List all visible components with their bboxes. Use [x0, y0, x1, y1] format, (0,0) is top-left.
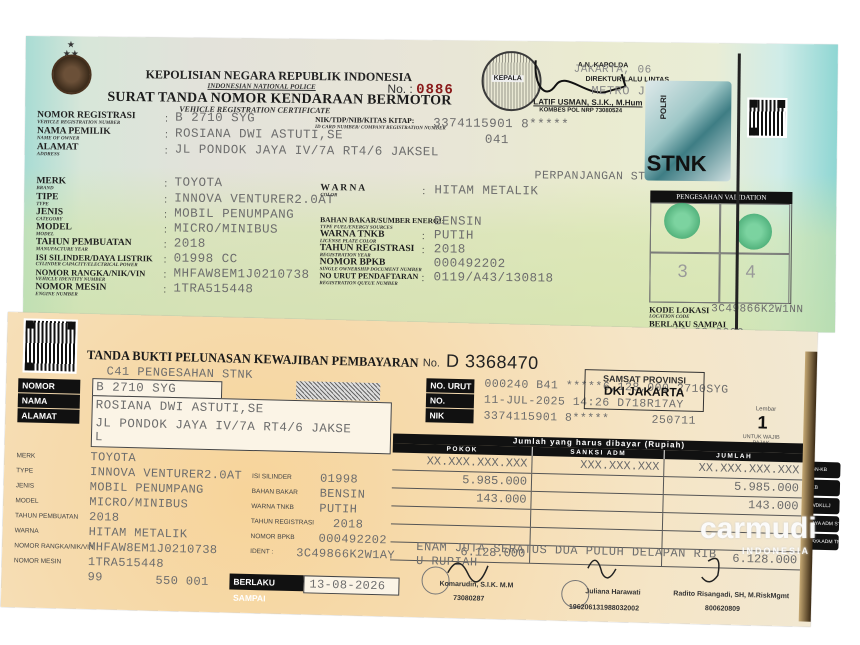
payment-receipt-card: TANDA BUKTI PELUNASAN KEWAJIBAN PEMBAYAR… [1, 312, 818, 627]
label-ident: IDENT : [250, 548, 273, 556]
label-berlaku-sampai: BERLAKU SAMPAI [229, 573, 303, 591]
value-jenis: MOBIL PENUMPANG [90, 480, 204, 497]
validation-number: 4 [745, 262, 755, 283]
validation-number: 3 [677, 261, 687, 282]
lembar-number: 1 [757, 412, 768, 433]
label-nomor-bpkb: NOMOR BPKB [251, 533, 295, 541]
value-nik-extra: 041 [485, 133, 509, 147]
qr-code-icon [23, 318, 78, 373]
signature-name-2: Juliana Harawati [585, 588, 640, 596]
value-no-urut-pendaftaran: 0119/A43/130818 [433, 270, 553, 285]
label-nomor-mesin: NOMOR MESINENGINE NUMBER [35, 282, 106, 299]
perpanjangan-text: PERPANJANGAN STNK [534, 169, 660, 183]
signature-id-3: 800620809 [705, 605, 740, 613]
doc-number: No. : 0886 [387, 82, 453, 99]
value-warna-tnkb: PUTIH [319, 502, 357, 517]
value-merk: TOYOTA [174, 176, 222, 191]
police-emblem-icon [51, 54, 91, 94]
value-isi-silinder: 01998 CC [174, 252, 238, 267]
value-alamat-2: L [95, 430, 103, 444]
value-tahun-registrasi: 2018 [434, 242, 466, 256]
label-alamat: ALAMAT [17, 408, 79, 424]
signer-rank: KOMBES POL NRP 73080524 [539, 107, 622, 114]
value-warna-tnkb: PUTIH [434, 228, 474, 242]
label-no-urut-pendaftaran: NO URUT PENDAFTARANREGISTRATION QUEUE NU… [319, 271, 418, 288]
value-kode-lokasi: 3C49866K2W1NN [711, 303, 803, 316]
label-jenis: JENIS [16, 482, 35, 489]
label-tipe: TIPETYPE [36, 192, 58, 208]
label-nomor-rangka: NOMOR RANGKA/NIK/VIN [14, 542, 94, 551]
samsat-box: SAMSAT PROVINSI DKI JAKARTA [584, 369, 705, 412]
signer-place-date: JAKARTA, 06 [574, 64, 652, 77]
label-tahun-pembuatan: TAHUN PEMBUATAN [15, 512, 78, 521]
label-bahan-bakar: BAHAN BAKAR [252, 488, 298, 496]
barcode-icon [296, 381, 380, 401]
value-tahun-pembuatan: 2018 [174, 237, 206, 251]
label-nik: NIK/TDP/NIB/KITAS KITAP:ID CARD NUMBER/ … [315, 115, 446, 132]
qr-code-icon [747, 98, 787, 138]
value-nomor-mesin: 1TRA515448 [173, 282, 253, 297]
label-merk: MERKBRAND [36, 176, 66, 192]
signer-name: LATIF USMAN, S.I.K., M.Hum [533, 97, 642, 107]
carmudi-watermark: carmudiINDONESIA [700, 512, 817, 546]
label-type: TYPE [16, 467, 33, 474]
value-tipe: INNOVA VENTURER2.0AT [174, 192, 334, 208]
hologram-side-text: POLRI [659, 95, 668, 120]
value-jenis: MOBIL PENUMPANG [174, 207, 294, 222]
signature-id-2: 196206131988032002 [569, 604, 639, 613]
value-merk: TOYOTA [90, 450, 136, 465]
value-bahan-bakar: BENSIN [434, 214, 482, 229]
org-subtitle: INDONESIAN NATIONAL POLICE [207, 82, 315, 91]
extra-code-a: 99 [87, 570, 103, 584]
stnk-card: ★★★ KEPOLISIAN NEGARA REPUBLIK INDONESIA… [23, 36, 838, 332]
label-jenis: JENISCATEGORY [36, 207, 63, 223]
value-model: MICRO/MINIBUS [89, 495, 188, 511]
label-warna-tnkb: WARNA TNKB [251, 503, 294, 511]
stamp-label: KEPALA [492, 75, 524, 82]
signatures-icon [437, 545, 778, 593]
label-tahun-registrasi: TAHUN REGISTRASI [251, 518, 314, 527]
doc-number-value: 0886 [416, 82, 454, 98]
label-merk: MERK [16, 452, 35, 459]
label-no-kohir: NO. KOHIR [426, 393, 474, 408]
signature-id-1: 73080287 [453, 595, 484, 603]
receipt-number: No.D 3368470 [423, 350, 539, 374]
label-nik: NIK [425, 408, 473, 423]
label-no-urut: NO. URUT [426, 378, 474, 393]
value-nomor-polisi: B 2710 SYG [96, 380, 176, 396]
label-isi-silinder: ISI SILINDER [252, 473, 292, 481]
fee-tag: PKB [806, 480, 840, 497]
label-nama-pemilik: NAMA PEMILIKNAME OF OWNER [37, 126, 111, 143]
validation-stamp-icon [736, 213, 772, 249]
extra-code-b: 550 001 [155, 574, 209, 589]
value-nik-2: 250711 [651, 414, 696, 428]
value-model: MICRO/MINIBUS [174, 222, 278, 237]
value-isi-silinder: 01998 [320, 472, 358, 487]
value-nomor-bpkb: 000492202 [318, 532, 387, 548]
value-nomor-bpkb: 000492202 [434, 256, 506, 271]
value-warna: HITAM METALIK [88, 525, 187, 541]
value-berlaku-sampai: 13-08-2026 [309, 577, 385, 593]
value-bahan-bakar: BENSIN [319, 487, 365, 502]
label-alamat: ALAMATADDRESS [37, 142, 79, 158]
label-nama-pemilik: NAMA PEMILIK [18, 393, 80, 409]
label-model: MODELMODEL [36, 222, 72, 238]
label-nomor-mesin: NOMOR MESIN [14, 557, 61, 565]
value-tahun-registrasi: 2018 [333, 517, 364, 532]
label-nomor-registrasi: NOMOR REGISTRASIVEHICLE REGISTRATION NUM… [37, 110, 136, 127]
value-ident: 3C49866K2W1AY [296, 546, 395, 562]
value-nomor-mesin: 1TRA515448 [88, 555, 164, 571]
value-alamat: JL PONDOK JAYA IV/7A RT4/6 JAKSEL [175, 143, 439, 160]
doc-number-label: No. : [387, 82, 412, 96]
value-nik: 3374115901 8***** [483, 410, 609, 426]
validation-stamp-icon [664, 203, 700, 239]
label-warna: W A R N ACOLOR [320, 183, 365, 199]
fee-tag: BBN-KB [806, 462, 840, 479]
value-nomor-rangka: MHFAW8EM1J0210738 [173, 267, 309, 282]
value-warna: HITAM METALIK [434, 183, 538, 198]
label-model: MODEL [15, 497, 38, 505]
value-nik: 3374115901 8***** [433, 116, 569, 131]
hologram-text: STNK [647, 151, 707, 178]
label-warna: WARNA [15, 527, 39, 535]
value-nomor-registrasi: B 2710 SYG [175, 111, 255, 126]
samsat-line-2: DKI JAKARTA [585, 383, 703, 400]
label-nomor-polisi: NOMOR POLISI [18, 378, 80, 394]
value-tahun-pembuatan: 2018 [89, 510, 120, 525]
